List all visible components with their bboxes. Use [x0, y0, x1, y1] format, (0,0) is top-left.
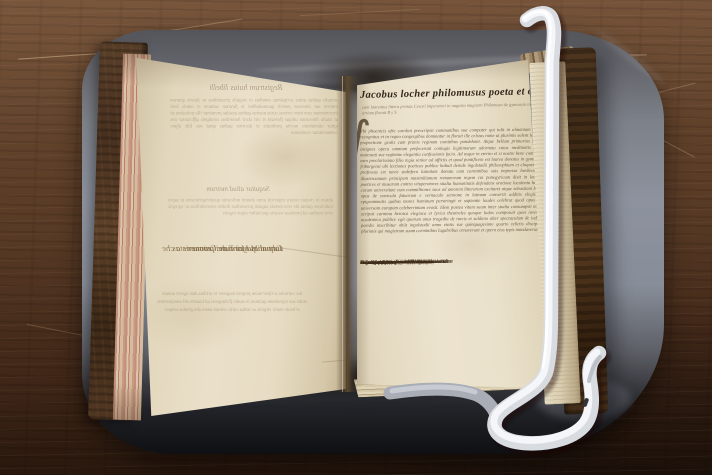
photo-scene: Registrum huius libelli seruulis quibus … [0, 0, 712, 475]
rope-tail [390, 389, 496, 415]
book-weight-rope [0, 0, 712, 475]
